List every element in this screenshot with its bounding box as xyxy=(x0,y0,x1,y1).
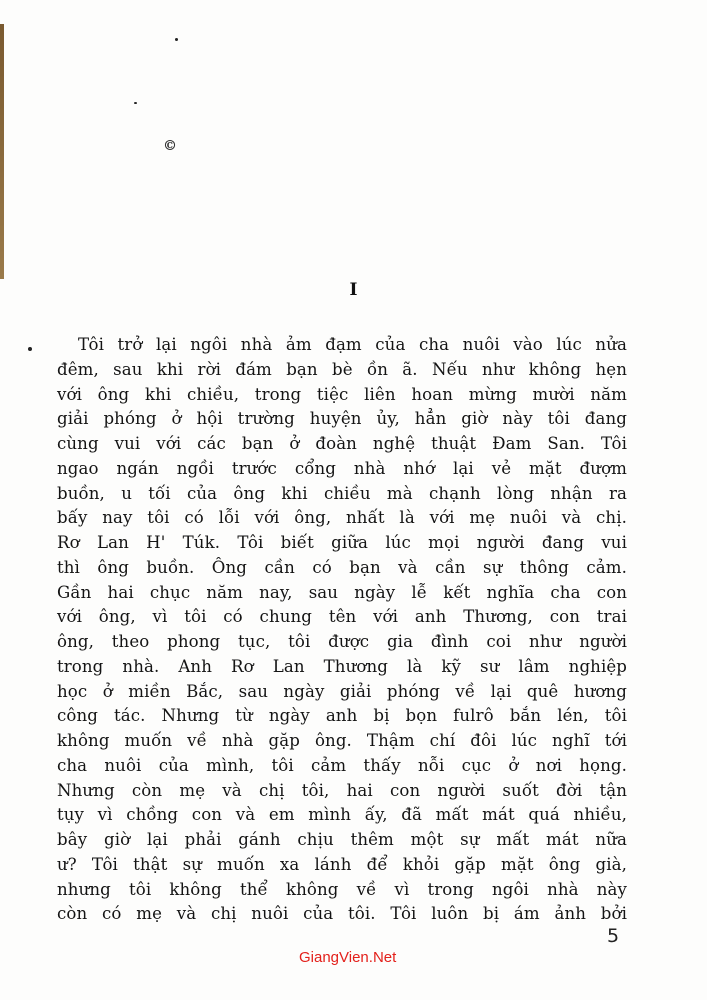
text-line: giải phóng ở hội trường huyện ủy, hẳn gi… xyxy=(57,407,627,432)
text-line: ông, theo phong tục, tôi được gia đình c… xyxy=(57,630,627,655)
text-line: trong nhà. Anh Rơ Lan Thương là kỹ sư lâ… xyxy=(57,655,627,680)
ink-speck xyxy=(28,347,32,351)
body-text: Tôi trở lại ngôi nhà ảm đạm của cha nuôi… xyxy=(57,333,627,927)
ink-speck xyxy=(175,38,178,41)
text-line: không muốn về nhà gặp ông. Thậm chí đôi … xyxy=(57,729,627,754)
text-line: đêm, sau khi rời đám bạn bè ồn ã. Nếu nh… xyxy=(57,358,627,383)
text-line: Gần hai chục năm nay, sau ngày lễ kết ng… xyxy=(57,581,627,606)
text-line: buồn, u tối của ông khi chiều mà chạnh l… xyxy=(57,482,627,507)
text-line: thì ông buồn. Ông cần có bạn và cần sự t… xyxy=(57,556,627,581)
text-line: học ở miền Bắc, sau ngày giải phóng về l… xyxy=(57,680,627,705)
text-line: ngao ngán ngồi trước cổng nhà nhớ lại vẻ… xyxy=(57,457,627,482)
text-line: cha nuôi của mình, tôi cảm thấy nỗi cục … xyxy=(57,754,627,779)
ink-speck xyxy=(134,102,137,104)
text-line: với ông khi chiều, trong tiệc liên hoan … xyxy=(57,383,627,408)
text-line: với ông, vì tôi có chung tên với anh Thư… xyxy=(57,605,627,630)
book-spine-edge xyxy=(0,24,4,279)
text-line: còn có mẹ và chị nuôi của tôi. Tôi luôn … xyxy=(57,902,627,927)
text-line: cùng vui với các bạn ở đoàn nghệ thuật Đ… xyxy=(57,432,627,457)
text-line: bấy nay tôi có lỗi với ông, nhất là với … xyxy=(57,506,627,531)
text-line: tụy vì chồng con và em mình ấy, đã mất m… xyxy=(57,803,627,828)
text-line: công tác. Nhưng từ ngày anh bị bọn fulrô… xyxy=(57,704,627,729)
text-line: Rơ Lan H' Túk. Tôi biết giữa lúc mọi ngư… xyxy=(57,531,627,556)
text-line: Tôi trở lại ngôi nhà ảm đạm của cha nuôi… xyxy=(57,333,627,358)
text-line: Nhưng còn mẹ và chị tôi, hai con người s… xyxy=(57,779,627,804)
ornament-mark: © xyxy=(163,138,177,154)
text-line: bây giờ lại phải gánh chịu thêm một sự m… xyxy=(57,828,627,853)
page-number: 5 xyxy=(607,925,619,947)
chapter-number: I xyxy=(0,280,707,300)
text-line: ư? Tôi thật sự muốn xa lánh để khỏi gặp … xyxy=(57,853,627,878)
watermark-link[interactable]: GiangVien.Net xyxy=(299,949,396,966)
text-line: nhưng tôi không thể không về vì trong ng… xyxy=(57,878,627,903)
